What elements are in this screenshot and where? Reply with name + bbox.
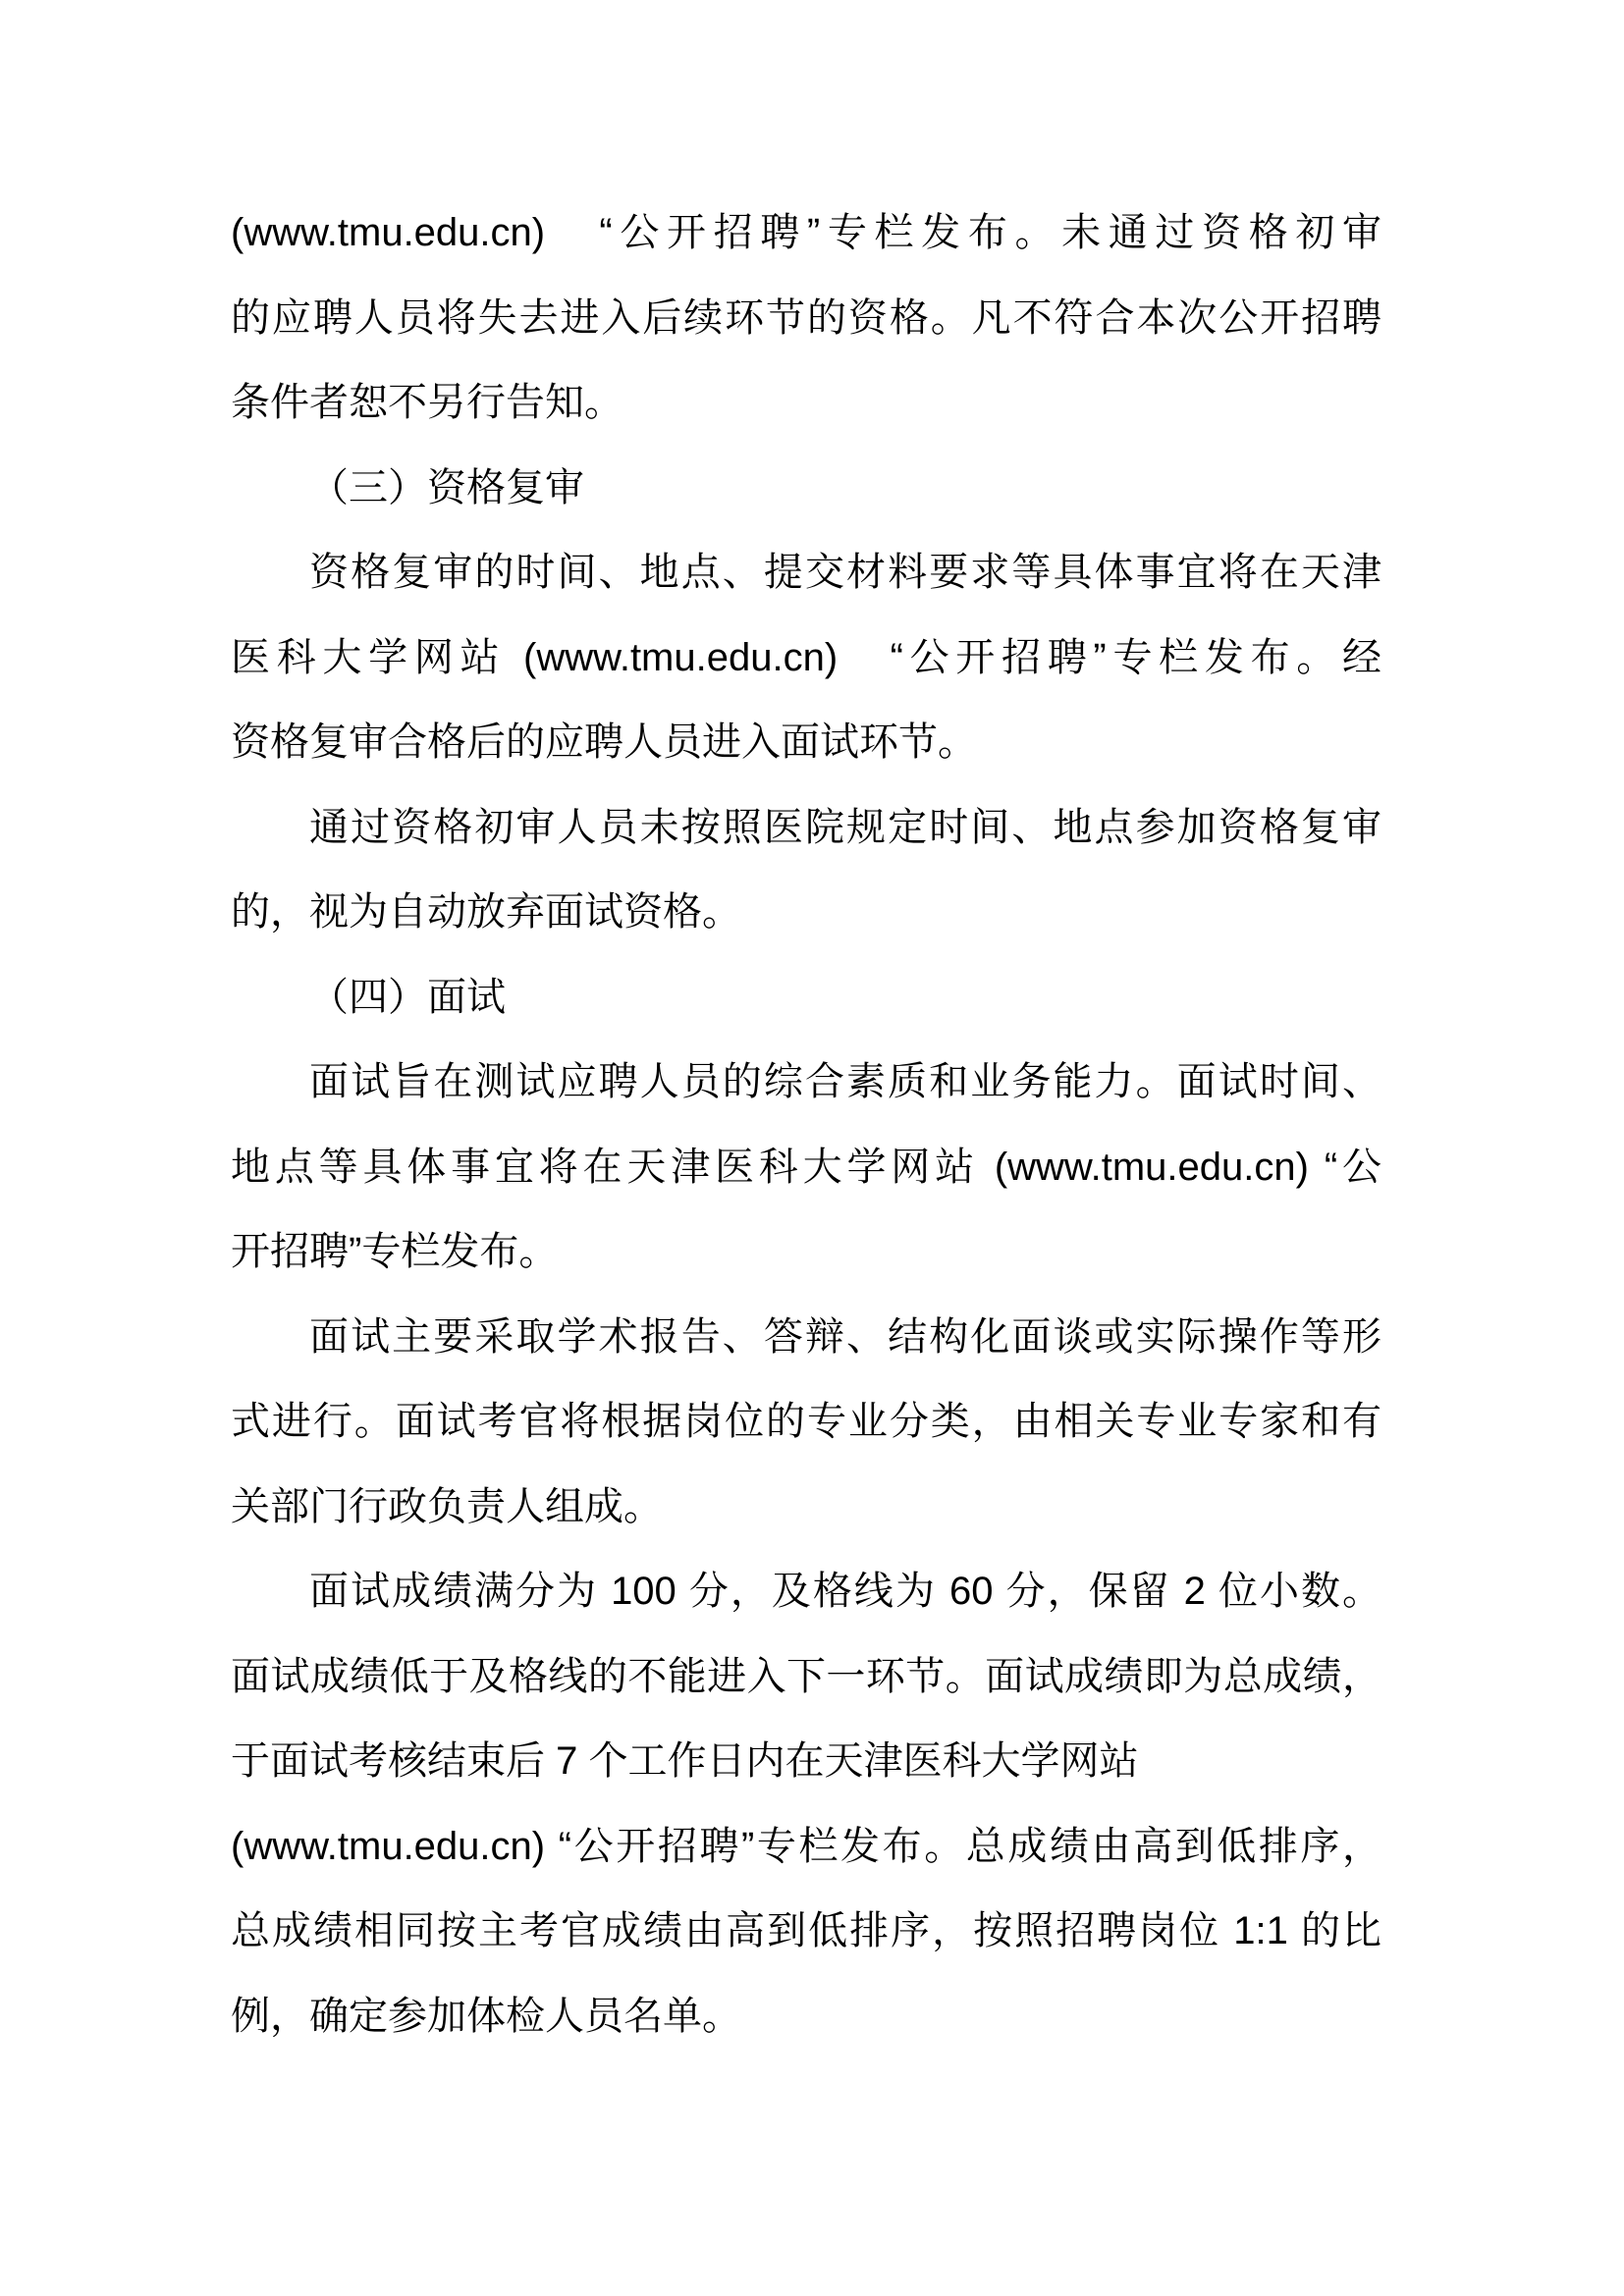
text-line: (www.tmu.edu.cn) “公开招聘”专栏发布。未通过资格初审 — [231, 190, 1381, 276]
text-line: 医科大学网站 (www.tmu.edu.cn) “公开招聘”专栏发布。经 — [231, 615, 1381, 701]
text-line: 的，视为自动放弃面试资格。 — [231, 870, 1381, 955]
section-heading-4: （四）面试 — [231, 955, 1381, 1041]
text-line: 例，确定参加体检人员名单。 — [231, 1974, 1381, 2059]
text-line: 地点等具体事宜将在天津医科大学网站 (www.tmu.edu.cn) “公 — [231, 1125, 1381, 1210]
text-line: 面试旨在测试应聘人员的综合素质和业务能力。面试时间、 — [231, 1040, 1381, 1125]
text-line: 于面试考核结束后 7 个工作日内在天津医科大学网站 — [231, 1719, 1381, 1804]
text-line: 式进行。面试考官将根据岗位的专业分类，由相关专业专家和有 — [231, 1379, 1381, 1465]
text-line: 资格复审合格后的应聘人员进入面试环节。 — [231, 700, 1381, 785]
text-line: 面试主要采取学术报告、答辩、结构化面谈或实际操作等形 — [231, 1295, 1381, 1380]
text-line: 的应聘人员将失去进入后续环节的资格。凡不符合本次公开招聘 — [231, 276, 1381, 361]
document-page: (www.tmu.edu.cn) “公开招聘”专栏发布。未通过资格初审 的应聘人… — [0, 0, 1624, 2296]
text-line: 面试成绩满分为 100 分，及格线为 60 分，保留 2 位小数。 — [231, 1549, 1381, 1634]
text-line: 通过资格初审人员未按照医院规定时间、地点参加资格复审 — [231, 785, 1381, 871]
text-line: 关部门行政负责人组成。 — [231, 1465, 1381, 1550]
section-heading-3: （三）资格复审 — [231, 446, 1381, 531]
document-body: (www.tmu.edu.cn) “公开招聘”专栏发布。未通过资格初审 的应聘人… — [231, 190, 1381, 2058]
text-line: 面试成绩低于及格线的不能进入下一环节。面试成绩即为总成绩， — [231, 1634, 1381, 1720]
text-line: 资格复审的时间、地点、提交材料要求等具体事宜将在天津 — [231, 530, 1381, 615]
text-line: 总成绩相同按主考官成绩由高到低排序，按照招聘岗位 1:1 的比 — [231, 1889, 1381, 1974]
text-line: 开招聘”专栏发布。 — [231, 1209, 1381, 1295]
text-line: 条件者恕不另行告知。 — [231, 360, 1381, 446]
text-line: (www.tmu.edu.cn) “公开招聘”专栏发布。总成绩由高到低排序， — [231, 1804, 1381, 1890]
